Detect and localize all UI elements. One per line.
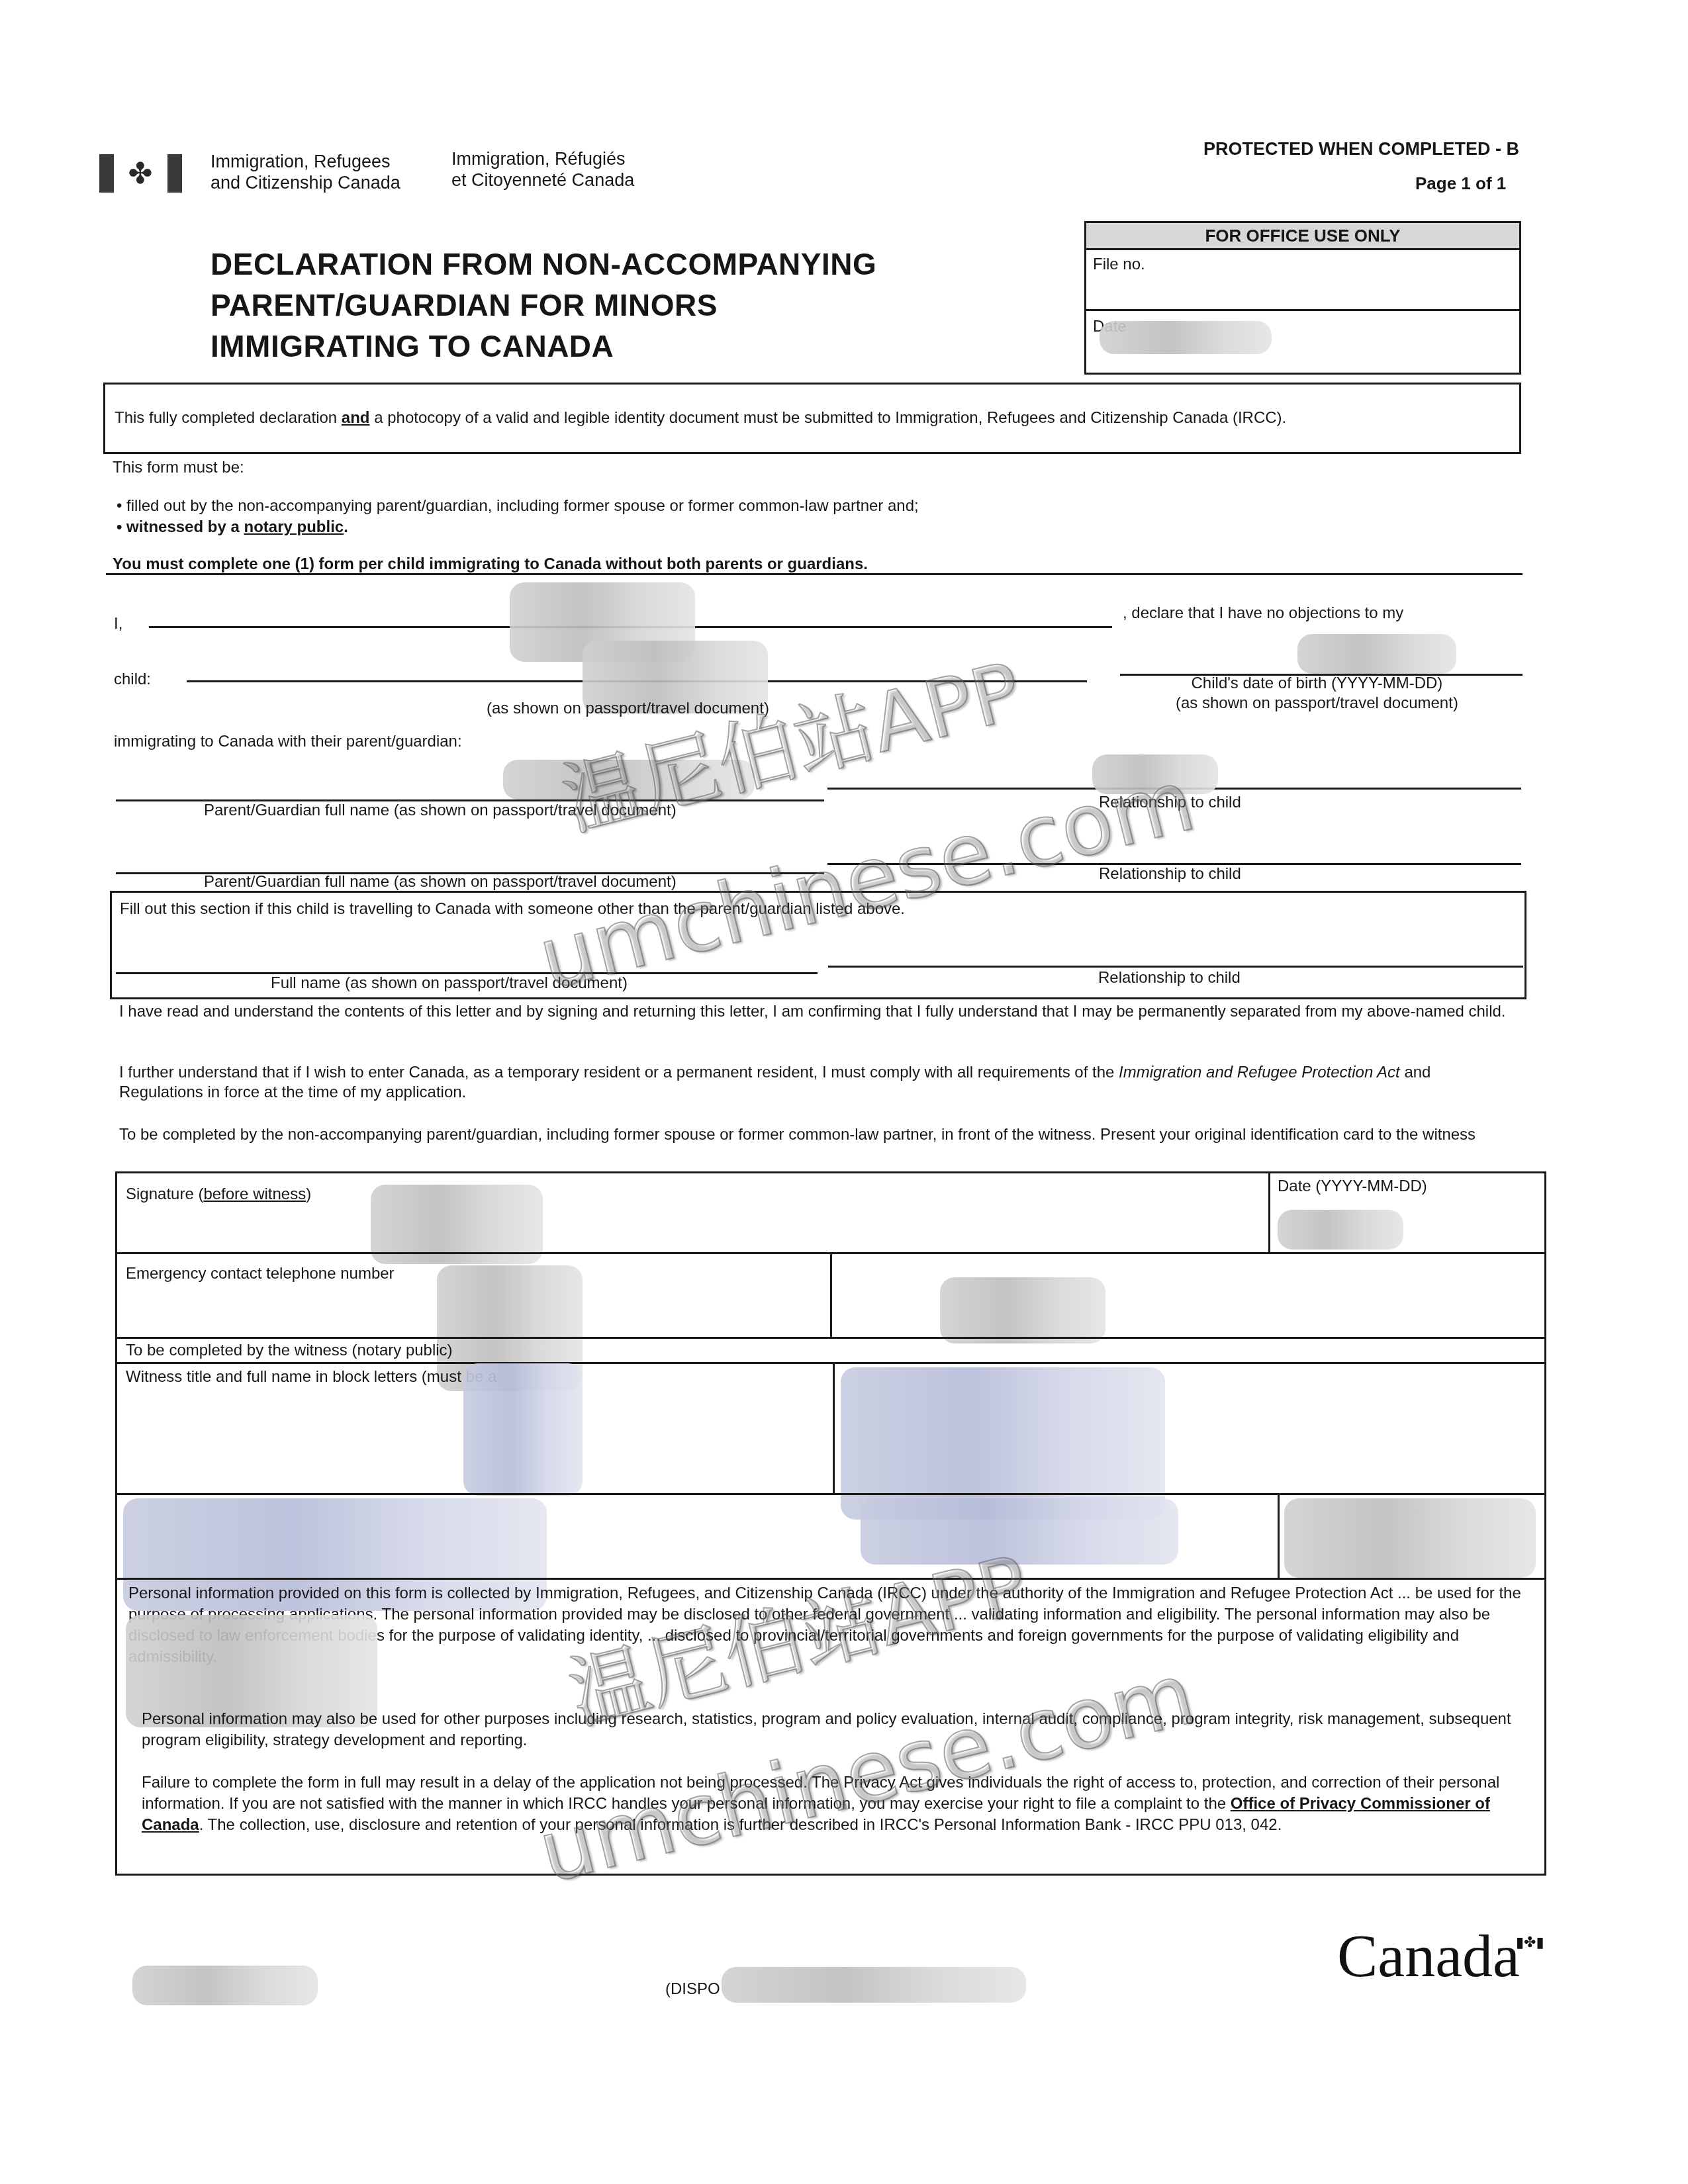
requirement-bullet-2: • witnessed by a notary public.: [117, 518, 348, 537]
statement-permanent-separation: I have read and understand the contents …: [119, 1002, 1516, 1022]
statement-irpa: I further understand that if I wish to e…: [119, 1063, 1516, 1103]
witness-date-field[interactable]: [1284, 1498, 1536, 1578]
notary-public-link[interactable]: notary public: [244, 518, 344, 536]
footer-center-redaction: [722, 1967, 1026, 2003]
notice-box: This fully completed declaration and a p…: [103, 383, 1521, 454]
emergency-contact-extra-field[interactable]: [940, 1277, 1105, 1343]
requirements-intro: This form must be:: [113, 458, 244, 478]
witness-address-field[interactable]: [861, 1498, 1178, 1565]
emergency-contact-label: Emergency contact telephone number: [126, 1264, 395, 1284]
signature-date-label: Date (YYYY-MM-DD): [1278, 1177, 1427, 1197]
parent2-name-caption: Parent/Guardian full name (as shown on p…: [204, 872, 677, 892]
other-traveller-name-field[interactable]: [120, 939, 824, 970]
footer-left-code: [132, 1966, 318, 2005]
canada-flag-icon: ✤: [99, 154, 182, 193]
child-dob-field[interactable]: [1297, 634, 1456, 674]
other-traveller-intro: Fill out this section if this child is t…: [120, 899, 905, 919]
other-traveller-relationship-caption: Relationship to child: [1098, 968, 1241, 988]
page-title: DECLARATION FROM NON-ACCOMPANYING PARENT…: [211, 244, 876, 367]
page-number: Page 1 of 1: [1415, 173, 1506, 194]
other-traveller-relationship-field[interactable]: [833, 934, 1511, 964]
witness-info-field[interactable]: [841, 1367, 1165, 1520]
privacy-paragraph-2: Personal information may also be used fo…: [142, 1709, 1532, 1751]
file-no-field[interactable]: [1093, 276, 1513, 304]
date-redacted[interactable]: [1100, 321, 1272, 354]
protected-label: PROTECTED WHEN COMPLETED - B: [1203, 139, 1519, 159]
other-traveller-box: Fill out this section if this child is t…: [110, 891, 1526, 999]
immigrating-text: immigrating to Canada with their parent/…: [114, 732, 462, 752]
one-form-instruction: You must complete one (1) form per child…: [113, 555, 868, 574]
parent1-name-caption: Parent/Guardian full name (as shown on p…: [204, 801, 677, 821]
footer-center-code: (DISPO: [665, 1980, 720, 1999]
witness-title-name-label: Witness title and full name in block let…: [126, 1367, 496, 1387]
canada-wordmark: Canada: [1337, 1923, 1520, 1989]
signature-label: Signature (before witness): [126, 1185, 311, 1205]
office-use-heading: FOR OFFICE USE ONLY: [1086, 223, 1519, 250]
child-label: child:: [114, 670, 151, 690]
canada-wordmark-flag-icon: ▮✤▮: [1516, 1934, 1544, 1951]
parent1-relationship-field[interactable]: [1092, 754, 1218, 794]
parent1-relationship-caption: Relationship to child: [1099, 793, 1241, 813]
i-label: I,: [114, 614, 122, 634]
privacy-paragraph-3: Failure to complete the form in full may…: [142, 1772, 1532, 1836]
child-name-caption: (as shown on passport/travel document): [487, 699, 769, 719]
file-no-label: File no.: [1093, 255, 1145, 275]
signature-date-field[interactable]: [1278, 1210, 1403, 1250]
parent1-name-field[interactable]: [503, 760, 755, 799]
notice-text: This fully completed declaration and a p…: [115, 408, 1286, 428]
department-name-en: Immigration, Refugees and Citizenship Ca…: [211, 151, 400, 193]
witness-title-name-field[interactable]: [463, 1363, 583, 1496]
declare-text: , declare that I have no objections to m…: [1123, 604, 1403, 623]
parent2-relationship-caption: Relationship to child: [1099, 864, 1241, 884]
other-traveller-name-caption: Full name (as shown on passport/travel d…: [271, 974, 628, 993]
office-use-box: FOR OFFICE USE ONLY File no. Date: [1084, 221, 1521, 375]
parent2-relationship-field[interactable]: [831, 831, 1522, 862]
parent2-name-field[interactable]: [119, 841, 823, 871]
child-dob-caption: Child's date of birth (YYYY-MM-DD) (as s…: [1176, 674, 1458, 713]
witness-section-heading: To be completed by the witness (notary p…: [126, 1341, 453, 1361]
department-name-fr: Immigration, Réfugiés et Citoyenneté Can…: [451, 148, 634, 191]
statement-witness-instruction: To be completed by the non-accompanying …: [119, 1125, 1516, 1145]
requirement-bullet-1: • filled out by the non-accompanying par…: [117, 496, 919, 516]
